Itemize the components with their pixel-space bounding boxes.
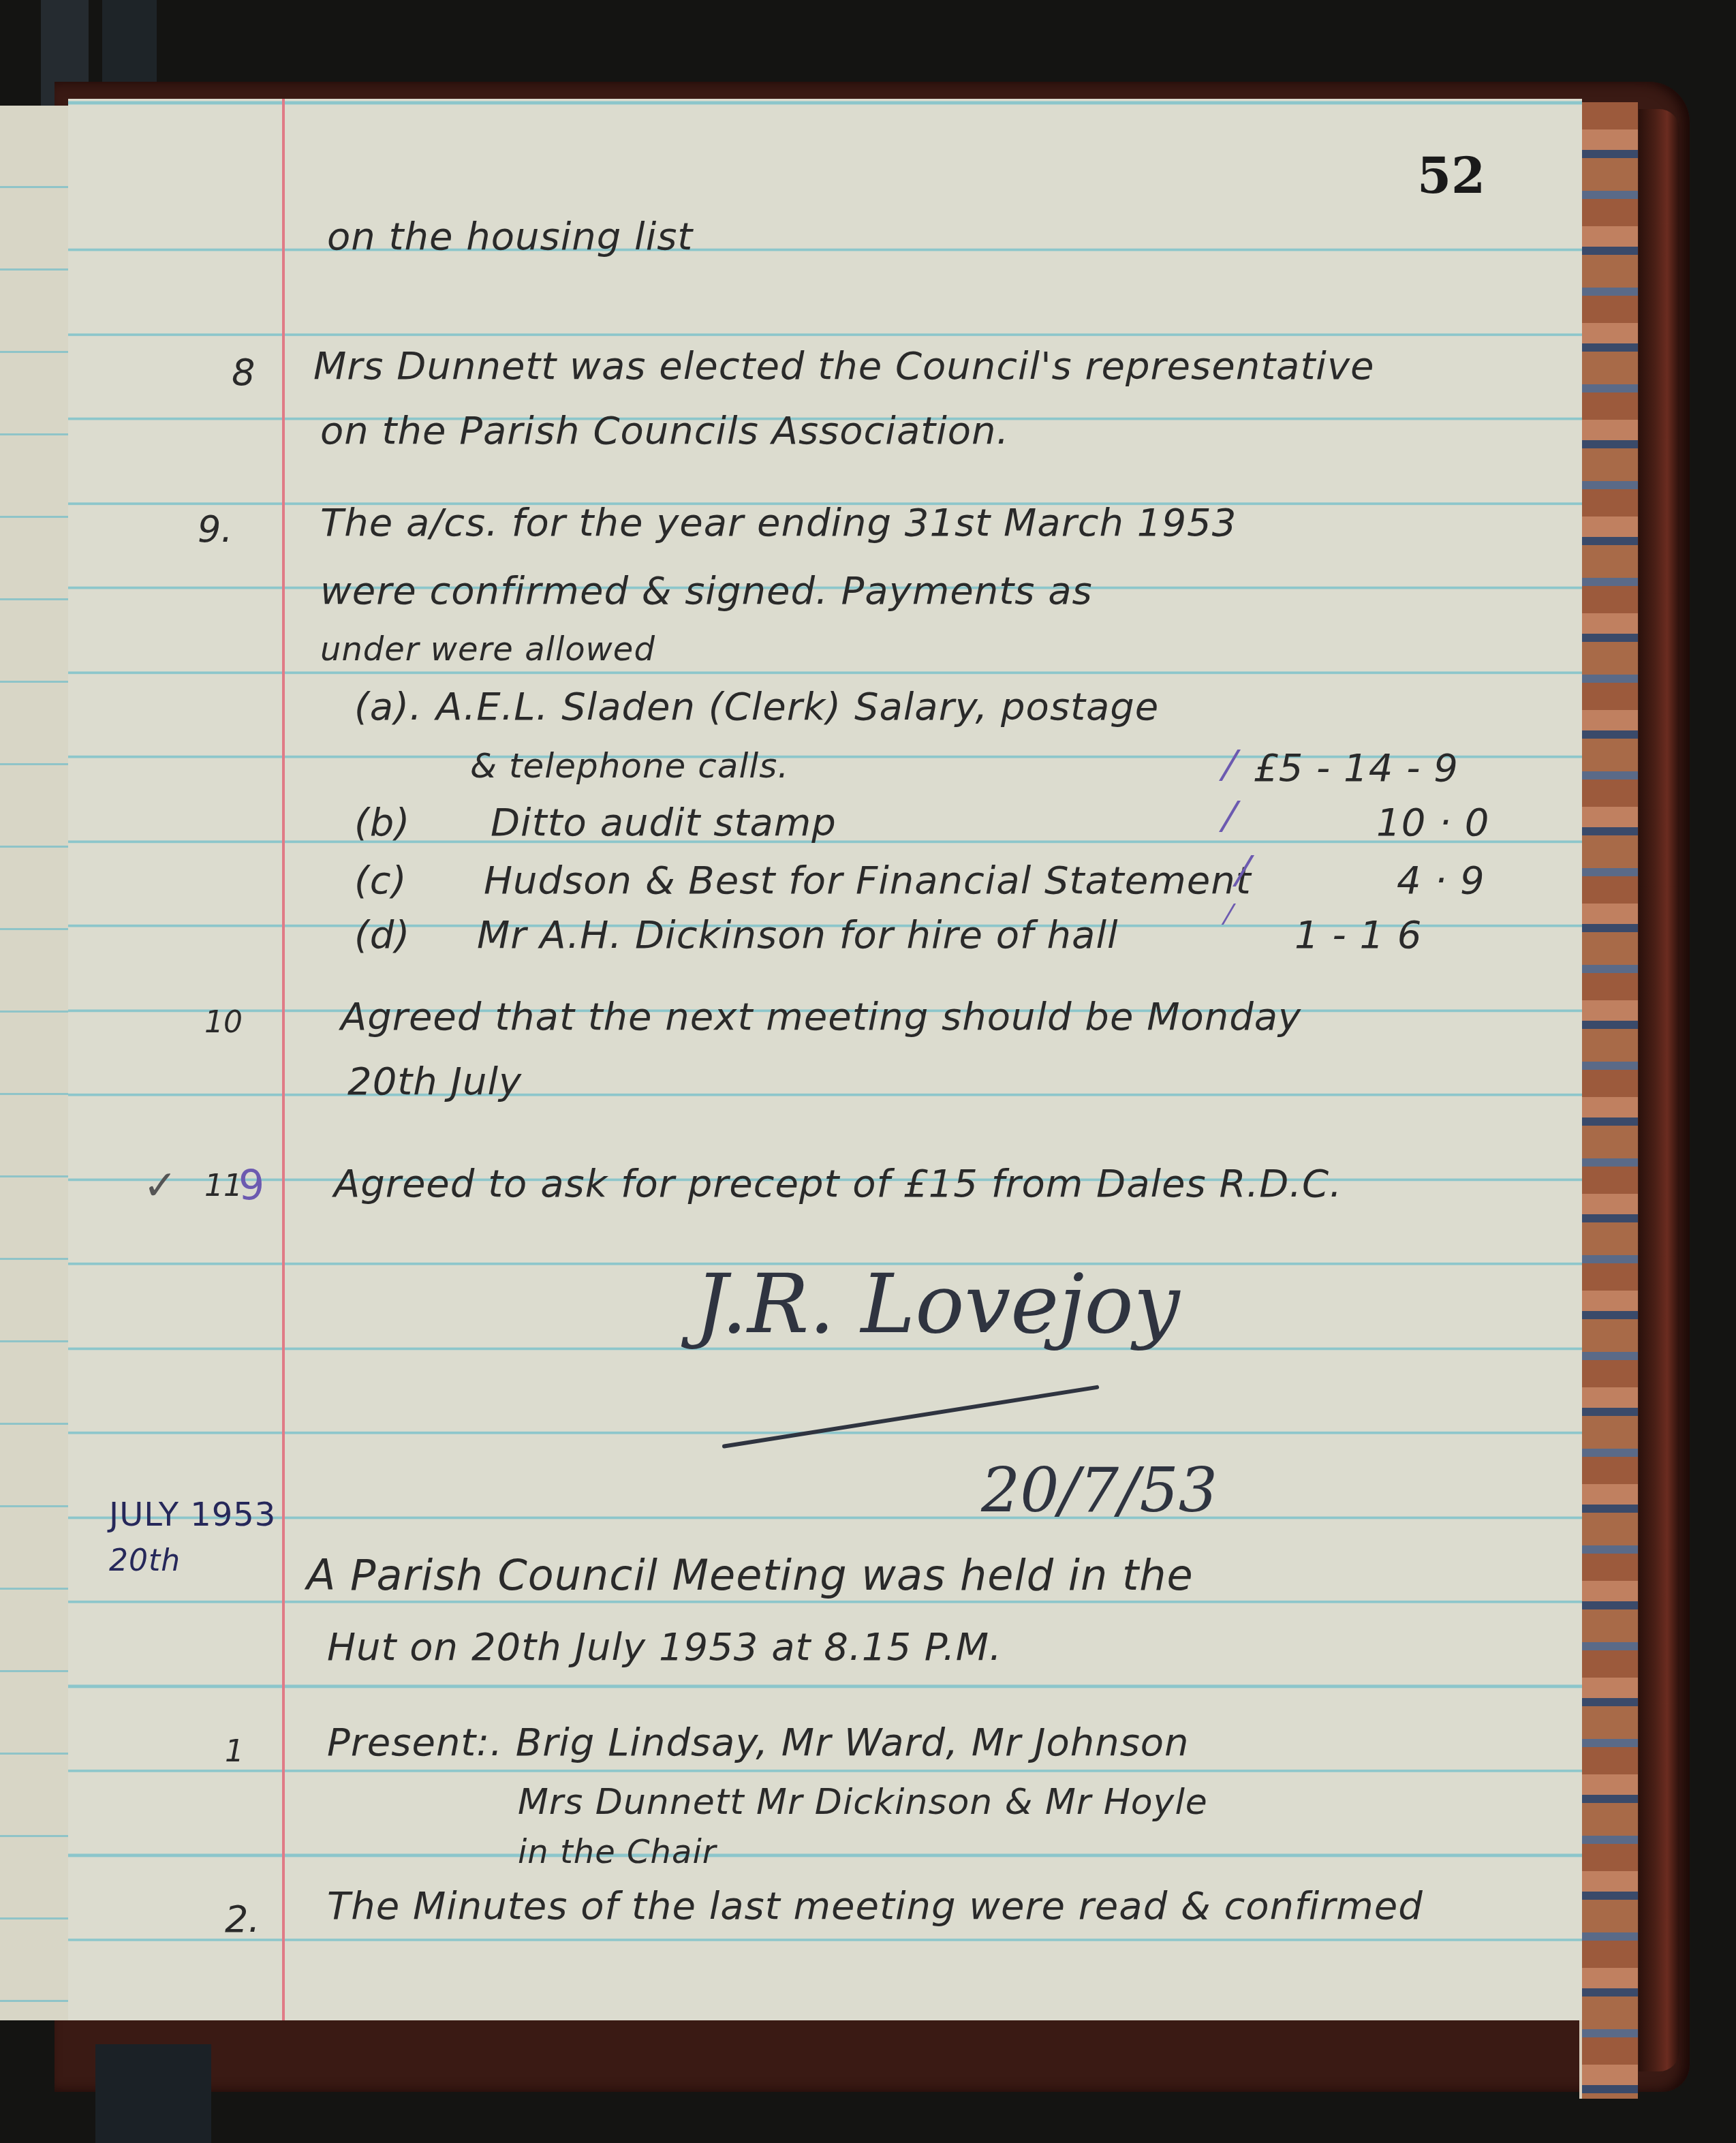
margin-date-month: JULY 1953 — [109, 1496, 276, 1534]
signature: J.R. Lovejoy — [695, 1257, 1180, 1352]
item-number: 9. — [198, 508, 233, 551]
payment-amount: 1 - 1 6 — [1295, 913, 1423, 957]
meeting-header-line1: A Parish Council Meeting was held in the — [307, 1550, 1194, 1600]
payment-label: (a). — [354, 685, 422, 729]
item-number: 1 — [225, 1734, 244, 1769]
check-mark-icon: ⁄ — [1240, 848, 1247, 896]
item9-line1: The a/cs. for the year ending 31st March… — [320, 501, 1237, 545]
payment-description: Mr A.H. Dickinson for hire of hall — [477, 913, 1119, 957]
minutes-confirmed-line: The Minutes of the last meeting were rea… — [327, 1884, 1423, 1928]
item8-line2: on the Parish Councils Association. — [320, 409, 1009, 453]
signature-date: 20/7/53 — [981, 1455, 1218, 1526]
check-mark-icon: ⁄ — [1226, 899, 1231, 931]
present-line2: Mrs Dunnett Mr Dickinson & Mr Hoyle — [518, 1782, 1208, 1823]
item11-line1: Agreed to ask for precept of £15 from Da… — [334, 1162, 1342, 1206]
payment-amount: £5 - 14 - 9 — [1254, 746, 1459, 790]
purple-mark-icon: 9 — [238, 1162, 264, 1209]
payment-description: Ditto audit stamp — [491, 801, 837, 845]
continuation-line: on the housing list — [327, 215, 693, 259]
book-cover-edge — [1639, 109, 1679, 2071]
item9-line3: under were allowed — [320, 630, 655, 668]
left-page-sliver — [0, 106, 71, 2020]
payment-amount: 4 · 9 — [1397, 859, 1485, 903]
item-number: 11 — [204, 1169, 243, 1203]
item-number: 8 — [232, 351, 255, 394]
page-number: 52 — [1417, 147, 1485, 204]
item10-line1: Agreed that the next meeting should be M… — [341, 995, 1301, 1039]
meeting-header-line2: Hut on 20th July 1953 at 8.15 P.M. — [327, 1625, 1002, 1669]
notebook-page: 52 on the housing list 8 Mrs Dunnett was… — [68, 99, 1582, 2020]
bookmark-ribbon-bottom — [95, 2044, 211, 2143]
payment-description: A.E.L. Sladen (Clerk) Salary, postage — [436, 685, 1159, 729]
item-number: 2. — [225, 1898, 260, 1941]
payment-description-cont: & telephone calls. — [470, 746, 789, 786]
signature-underline — [722, 1385, 1100, 1449]
check-mark-icon: ⁄ — [1226, 794, 1233, 842]
check-mark-icon: ⁄ — [1226, 743, 1233, 790]
present-line1: Present:. Brig Lindsay, Mr Ward, Mr John… — [327, 1721, 1190, 1765]
payment-label: (b) — [354, 801, 410, 845]
item8-line1: Mrs Dunnett was elected the Council's re… — [313, 344, 1375, 388]
payment-label: (c) — [354, 859, 407, 903]
payment-description: Hudson & Best for Financial Statement — [484, 859, 1252, 903]
present-line3: in the Chair — [518, 1833, 716, 1871]
item-number: 10 — [204, 1005, 243, 1040]
check-mark-icon: ✓ — [143, 1162, 177, 1209]
marbled-page-edges — [1579, 102, 1638, 2099]
payment-amount: 10 · 0 — [1376, 801, 1489, 845]
payment-label: (d) — [354, 913, 410, 957]
margin-date-day: 20th — [109, 1543, 181, 1578]
item10-line2: 20th July — [347, 1060, 522, 1104]
item9-line2: were confirmed & signed. Payments as — [320, 569, 1093, 613]
